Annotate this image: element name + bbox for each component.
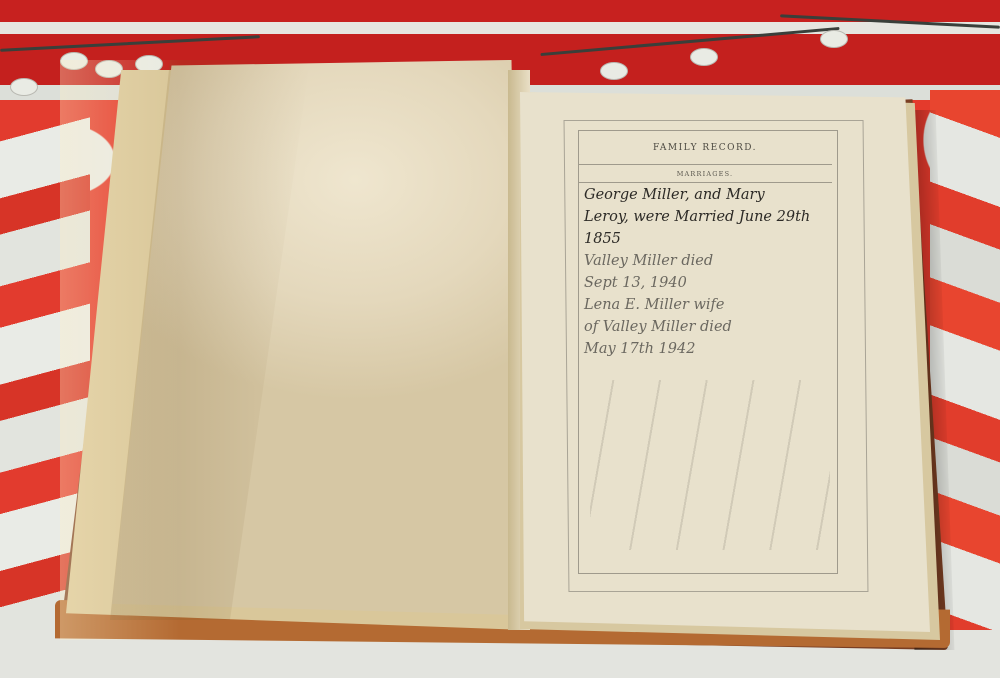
entry-line: Lena E. Miller wife: [584, 294, 834, 316]
entry-line: Sept 13, 1940: [584, 272, 834, 294]
ink-bleed-through: [590, 380, 830, 550]
flower-bud: [10, 78, 38, 96]
entry-line: 1855: [584, 228, 834, 250]
entry-line: George Miller, and Mary: [584, 184, 834, 206]
photo-scene: FAMILY RECORD. MARRIAGES. George Miller,…: [0, 0, 1000, 678]
record-section-header: MARRIAGES.: [578, 165, 832, 183]
entry-line: Valley Miller died: [584, 250, 834, 272]
flower-bud: [690, 48, 718, 66]
record-section-title: MARRIAGES.: [677, 170, 734, 178]
record-title: FAMILY RECORD.: [653, 143, 757, 153]
entry-line: Leroy, were Married June 29th: [584, 206, 834, 228]
entry-line: of Valley Miller died: [584, 316, 834, 338]
entry-line: May 17th 1942: [584, 338, 834, 360]
page-edge-highlight: [60, 60, 180, 640]
flower-bud: [820, 30, 848, 48]
record-header: FAMILY RECORD.: [578, 132, 832, 165]
flower-bud: [600, 62, 628, 80]
handwritten-entries: George Miller, and Mary Leroy, were Marr…: [584, 184, 834, 360]
